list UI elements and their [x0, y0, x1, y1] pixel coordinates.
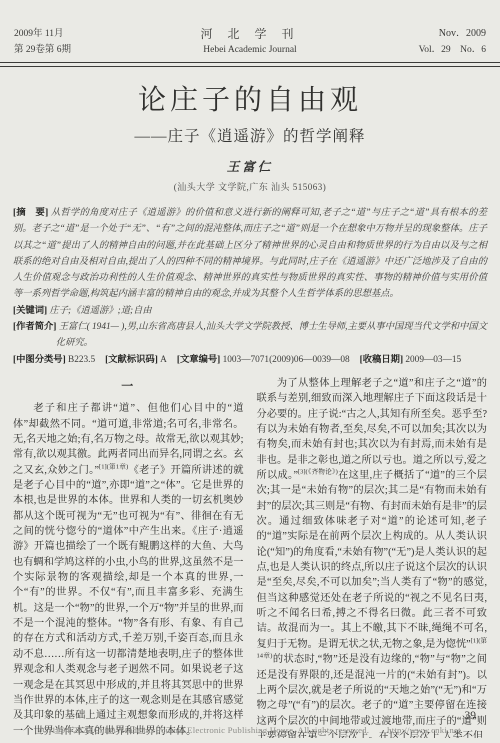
- front-matter: [摘 要] 从哲学的角度对庄子《逍遥游》的价值和意义进行新的阐释可知,老子之“道…: [13, 205, 487, 368]
- keywords-label: [关键词]: [13, 306, 47, 316]
- header-vol-en: Vol．29 No．6: [376, 42, 486, 58]
- author-bio-line: [作者简介] 王富仁( 1941— ),男,山东省高唐县人,汕头大学文学院教授、…: [13, 319, 487, 352]
- keywords-text: 庄子;《逍遥游》;道;自由: [49, 306, 151, 316]
- doc-code-pair: [文献标识码] A: [105, 352, 167, 368]
- right-column: 为了从整体上理解老子之“道”和庄子之“道”的联系与差别,细致而深入地理解庄子下面…: [257, 376, 488, 738]
- header-center: 河 北 学 刊 Hebei Academic Journal: [124, 26, 376, 58]
- copyright-line: (C)1994-2022 China Academic Journal Elec…: [0, 723, 500, 736]
- doc-code-label: [文献标识码]: [105, 355, 158, 365]
- left-column: 一 老子和庄子都讲“道”、但他们心目中的“道体”却截然不同。“道可道,非常道;名…: [13, 376, 244, 738]
- header-issue-cn: 第 29卷第 6期: [14, 42, 124, 58]
- article-title: 论庄子的自由观: [0, 85, 500, 117]
- clc-pair: [中图分类号] B223.5: [13, 352, 95, 368]
- header-right: Nov．2009 Vol．29 No．6: [376, 26, 486, 58]
- journal-page: 2009年 11月 第 29卷第 6期 河 北 学 刊 Hebei Academ…: [0, 0, 500, 743]
- article-id-value: 1003—7071(2009)06—0039—08: [223, 355, 350, 365]
- received-pair: [收稿日期] 2009—03—15: [360, 352, 462, 368]
- journal-header: 2009年 11月 第 29卷第 6期 河 北 学 刊 Hebei Academ…: [0, 0, 500, 58]
- keywords-line: [关键词] 庄子;《逍遥游》;道;自由: [13, 303, 487, 319]
- article-subtitle: ——庄子《逍遥游》的哲学阐释: [0, 124, 500, 146]
- classification-line: [中图分类号] B223.5 [文献标识码] A [文章编号] 1003—707…: [13, 352, 487, 368]
- journal-title-en: Hebei Academic Journal: [124, 42, 376, 58]
- body-paragraph-left: 老子和庄子都讲“道”、但他们心目中的“道体”却截然不同。“道可道,非常道;名可名…: [13, 401, 244, 738]
- received-label: [收稿日期]: [360, 355, 403, 365]
- abstract-block: [摘 要] 从哲学的角度对庄子《逍遥游》的价值和意义进行新的阐释可知,老子之“道…: [13, 205, 487, 303]
- article-id-pair: [文章编号] 1003—7071(2009)06—0039—08: [177, 352, 350, 368]
- journal-title-cn: 河 北 学 刊: [124, 26, 376, 42]
- article-id-label: [文章编号]: [177, 355, 220, 365]
- author-name: 王富仁: [0, 157, 500, 175]
- article-body: 一 老子和庄子都讲“道”、但他们心目中的“道体”却截然不同。“道可道,非常道;名…: [13, 376, 487, 738]
- bio-label: [作者简介]: [13, 322, 56, 332]
- header-date-cn: 2009年 11月: [14, 26, 124, 42]
- clc-label: [中图分类号]: [13, 355, 66, 365]
- doc-code-value: A: [160, 355, 167, 365]
- body-paragraph-right: 为了从整体上理解老子之“道”和庄子之“道”的联系与差别,细致而深入地理解庄子下面…: [257, 376, 488, 738]
- received-value: 2009—03—15: [405, 355, 461, 365]
- bio-text: 王富仁( 1941— ),男,山东省高唐县人,汕头大学文学院教授、博士生导师,主…: [56, 322, 487, 348]
- section-heading: 一: [13, 379, 244, 394]
- header-left: 2009年 11月 第 29卷第 6期: [14, 26, 124, 58]
- clc-value: B223.5: [68, 355, 95, 365]
- author-affiliation: (汕头大学 文学院,广东 汕头 515063): [0, 180, 500, 193]
- abstract-label: [摘 要]: [13, 208, 48, 218]
- header-date-en: Nov．2009: [376, 26, 486, 42]
- abstract-text: 从哲学的角度对庄子《逍遥游》的价值和意义进行新的阐释可知,老子之“道”与庄子之“…: [13, 208, 487, 299]
- page-number: 39: [465, 710, 477, 722]
- header-divider: [0, 62, 500, 67]
